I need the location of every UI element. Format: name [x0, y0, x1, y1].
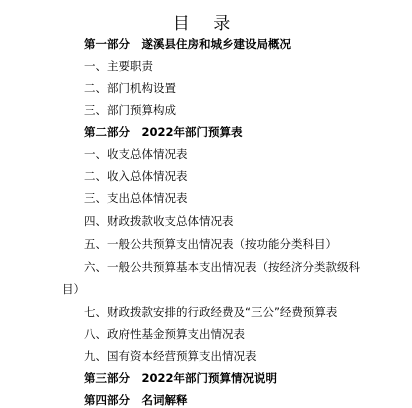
toc-item[interactable]: 五、一般公共预算支出情况表（按功能分类科目） — [84, 237, 337, 251]
toc-item[interactable]: 二、部门机构设置 — [84, 81, 176, 95]
toc-item[interactable]: 七、财政拨款安排的行政经费及“三公”经费预算表 — [84, 305, 337, 319]
toc-item[interactable]: 一、主要职责 — [84, 59, 153, 73]
toc-part-2[interactable]: 第二部分 2022年部门预算表 — [84, 125, 243, 139]
toc-part-1[interactable]: 第一部分 遂溪县住房和城乡建设局概况 — [84, 37, 291, 51]
toc-item[interactable]: 三、部门预算构成 — [84, 103, 176, 117]
toc-item-continuation[interactable]: 目） — [62, 282, 85, 296]
toc-item[interactable]: 一、收支总体情况表 — [84, 147, 188, 161]
toc-title: 目 录 — [0, 9, 412, 34]
toc-item[interactable]: 四、财政拨款收支总体情况表 — [84, 214, 234, 228]
toc-item[interactable]: 二、收入总体情况表 — [84, 169, 188, 183]
toc-part-3[interactable]: 第三部分 2022年部门预算情况说明 — [84, 371, 277, 385]
toc-item[interactable]: 八、政府性基金预算支出情况表 — [84, 327, 245, 341]
toc-item[interactable]: 九、国有资本经营预算支出情况表 — [84, 349, 257, 363]
toc-item[interactable]: 三、支出总体情况表 — [84, 191, 188, 205]
toc-item[interactable]: 六、一般公共预算基本支出情况表（按经济分类款级科 — [84, 260, 360, 274]
toc-part-4[interactable]: 第四部分 名词解释 — [84, 393, 188, 407]
